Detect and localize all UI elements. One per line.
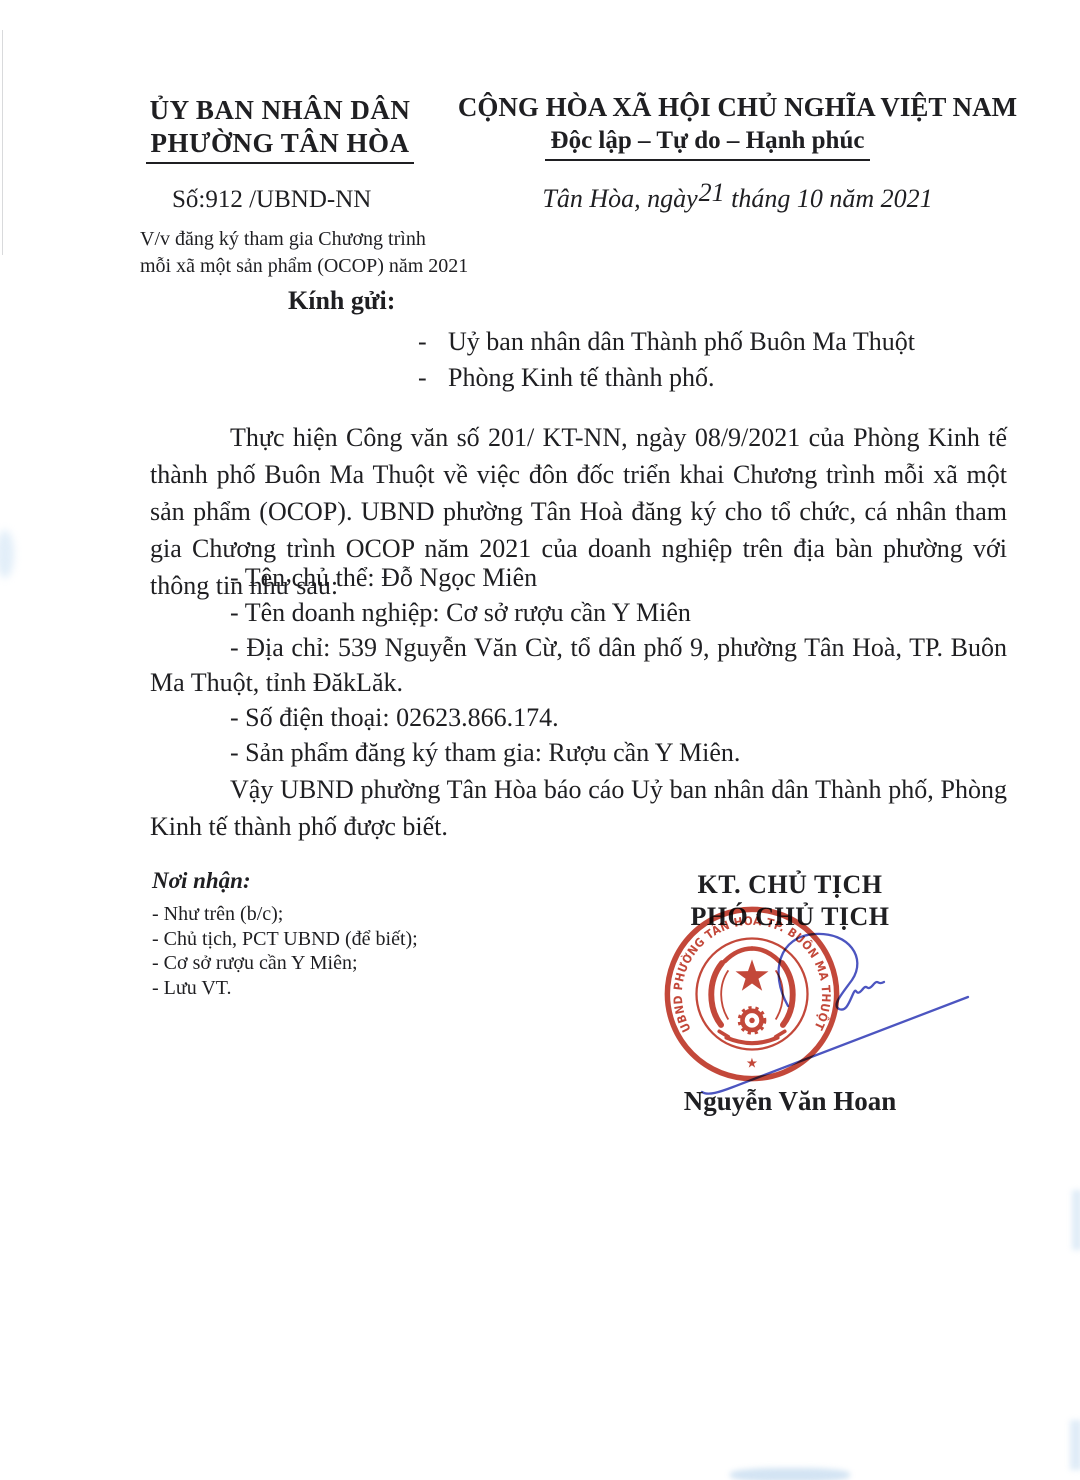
scan-artifact-smudge [1070, 1420, 1080, 1470]
detail-list: - Tên chủ thể: Đỗ Ngọc Miên- Tên doanh n… [150, 560, 1007, 770]
subject-line1: V/v đăng ký tham gia Chương trình [140, 226, 468, 253]
detail-line: - Địa chỉ: 539 Nguyễn Văn Cừ, tổ dân phố… [150, 630, 1007, 700]
salutation-label: Kính gửi: [288, 286, 395, 316]
detail-line: - Sản phẩm đăng ký tham gia: Rượu cần Y … [150, 735, 1007, 770]
signer-name: Nguyễn Văn Hoan [625, 1086, 955, 1117]
recipient-dash: - [418, 324, 448, 360]
scan-artifact-smudge [1072, 1190, 1080, 1250]
document-number: Số:912 /UBND-NN [172, 186, 371, 214]
distribution-item: - Như trên (b/c); [152, 902, 418, 927]
closing-paragraph: Vậy UBND phường Tân Hòa báo cáo Uỷ ban n… [150, 771, 1007, 845]
scan-artifact-edge-line [2, 30, 3, 255]
national-header-block: CỘNG HÒA XÃ HỘI CHỦ NGHĨA VIỆT NAM Độc l… [455, 92, 1020, 161]
distribution-item: - Cơ sở rượu cần Y Miên; [152, 951, 418, 976]
issuing-authority-block: ỦY BAN NHÂN DÂN PHƯỜNG TÂN HÒA [130, 95, 430, 164]
detail-line: - Tên chủ thể: Đỗ Ngọc Miên [150, 560, 1007, 595]
recipient-text: Uỷ ban nhân dân Thành phố Buôn Ma Thuột [448, 324, 915, 360]
distribution-label: Nơi nhận: [152, 868, 418, 894]
handwritten-signature [655, 920, 1005, 1105]
subject-line2: mỗi xã một sản phẩm (OCOP) năm 2021 [140, 253, 468, 280]
recipient-row: -Phòng Kinh tế thành phố. [418, 360, 915, 396]
issuing-authority-line1: ỦY BAN NHÂN DÂN [130, 95, 430, 126]
date-prefix: Tân Hòa, ngày [542, 184, 697, 213]
national-motto: Độc lập – Tự do – Hạnh phúc [545, 127, 871, 161]
national-header-line1: CỘNG HÒA XÃ HỘI CHỦ NGHĨA VIỆT NAM [455, 92, 1020, 123]
recipient-list: -Uỷ ban nhân dân Thành phố Buôn Ma Thuột… [418, 324, 915, 396]
document-subject: V/v đăng ký tham gia Chương trình mỗi xã… [140, 226, 468, 280]
date-suffix: tháng 10 năm 2021 [725, 184, 933, 213]
distribution-item: - Lưu VT. [152, 976, 418, 1001]
issuing-authority-line2: PHƯỜNG TÂN HÒA [146, 128, 413, 164]
distribution-list: - Như trên (b/c);- Chủ tịch, PCT UBND (đ… [152, 902, 418, 1000]
document-page: ỦY BAN NHÂN DÂN PHƯỜNG TÂN HÒA CỘNG HÒA … [0, 0, 1080, 1480]
recipient-row: -Uỷ ban nhân dân Thành phố Buôn Ma Thuột [418, 324, 915, 360]
date-line: Tân Hòa, ngày21 tháng 10 năm 2021 [455, 184, 1020, 214]
distribution-item: - Chủ tịch, PCT UBND (để biết); [152, 927, 418, 952]
detail-line: - Tên doanh nghiệp: Cơ sở rượu cần Y Miê… [150, 595, 1007, 630]
date-day: 21 [699, 178, 725, 208]
signer-title1: KT. CHỦ TỊCH [625, 869, 955, 901]
scan-artifact-smudge [0, 530, 14, 578]
scan-artifact-smudge [730, 1468, 850, 1480]
distribution-block: Nơi nhận: - Như trên (b/c);- Chủ tịch, P… [152, 868, 418, 1000]
recipient-text: Phòng Kinh tế thành phố. [448, 360, 715, 396]
detail-line: - Số điện thoại: 02623.866.174. [150, 700, 1007, 735]
recipient-dash: - [418, 360, 448, 396]
